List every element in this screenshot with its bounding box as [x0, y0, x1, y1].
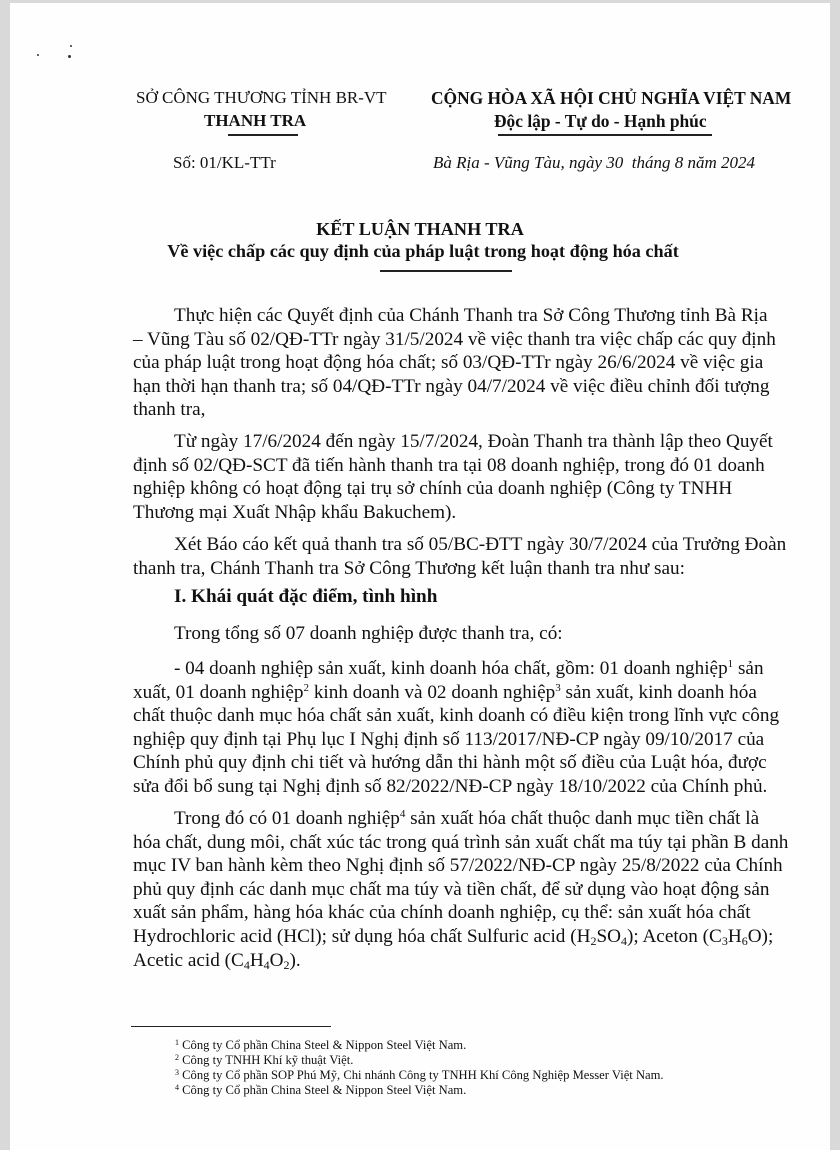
text-run: Trong đó có 01 doanh nghiệp — [174, 808, 400, 829]
paragraph-2: Từ ngày 17/6/2024 đến ngày 15/7/2024, Đo… — [133, 430, 731, 524]
text-line: Thương mại Xuất Nhập khẩu Bakuchem). — [133, 501, 731, 525]
text-line: nghiệp quy định tại Phụ lục I Nghị định … — [133, 728, 731, 752]
text-line: Chính phủ quy định chi tiết và hướng dẫn… — [133, 751, 731, 775]
text-line: xuất sản phẩm, hàng hóa khác của chính d… — [133, 901, 731, 925]
text-run: sản xuất, kinh doanh hóa — [561, 682, 757, 703]
agency-name: THANH TRA — [204, 111, 306, 131]
text-line: định số 02/QĐ-SCT đã tiến hành thanh tra… — [133, 454, 731, 478]
paragraph-4: Trong tổng số 07 doanh nghiệp được thanh… — [174, 623, 563, 645]
text-run: - 04 doanh nghiệp sản xuất, kinh doanh h… — [174, 658, 728, 679]
footnote-1: 1 Công ty Cổ phần China Steel & Nippon S… — [175, 1038, 466, 1053]
footnote-2: 2 Công ty TNHH Khí kỹ thuật Việt. — [175, 1053, 353, 1068]
agency-divider — [228, 134, 298, 136]
title-divider — [380, 270, 512, 272]
text-run: sản xuất hóa chất thuộc danh mục tiền ch… — [405, 808, 759, 829]
text-run: kinh doanh và 02 doanh nghiệp — [309, 682, 555, 703]
paragraph-5: - 04 doanh nghiệp sản xuất, kinh doanh h… — [133, 657, 731, 799]
place-date: Bà Rịa - Vũng Tàu, ngày 30 tháng 8 năm 2… — [433, 153, 755, 173]
text-line: hóa chất, dung môi, chất xúc tác trong q… — [133, 831, 731, 855]
text-line: – Vũng Tàu số 02/QĐ-TTr ngày 31/5/2024 v… — [133, 328, 731, 352]
chemical-line: Hydrochloric acid (HCl); sử dụng hóa chấ… — [133, 925, 731, 949]
scan-speck — [70, 45, 72, 47]
footnote-separator — [131, 1026, 331, 1027]
text-line: chất thuộc danh mục hóa chất sản xuất, k… — [133, 704, 731, 728]
national-motto: Độc lập - Tự do - Hạnh phúc — [494, 111, 707, 132]
text-line: Từ ngày 17/6/2024 đến ngày 15/7/2024, Đo… — [133, 430, 731, 454]
agency-parent: SỞ CÔNG THƯƠNG TỈNH BR-VT — [136, 88, 387, 108]
text-line: phủ quy định các danh mục chất ma túy và… — [133, 878, 731, 902]
footnote-4: 4 Công ty Cổ phần China Steel & Nippon S… — [175, 1083, 466, 1098]
text-line: hạn thời hạn thanh tra; số 04/QĐ-TTr ngà… — [133, 375, 731, 399]
text-run: sản — [733, 658, 763, 679]
footnote-3: 3 Công ty Cổ phần SOP Phú Mỹ, Chi nhánh … — [175, 1068, 664, 1083]
document-title: KẾT LUẬN THANH TRA — [10, 219, 830, 240]
document-number: Số: 01/KL-TTr — [173, 153, 276, 173]
text-line: Xét Báo cáo kết quả thanh tra số 05/BC-Đ… — [133, 533, 731, 557]
text-line: Thực hiện các Quyết định của Chánh Thanh… — [133, 304, 731, 328]
section-heading: I. Khái quát đặc điểm, tình hình — [174, 586, 437, 608]
text-run: xuất, 01 doanh nghiệp — [133, 682, 304, 703]
paragraph-1: Thực hiện các Quyết định của Chánh Thanh… — [133, 304, 731, 422]
chemical-line: Acetic acid (C4H4O2). — [133, 949, 731, 973]
text-line: mục IV ban hành kèm theo Nghị định số 57… — [133, 854, 731, 878]
text-line: thanh tra, — [133, 398, 731, 422]
text-line: nghiệp không có hoạt động tại trụ sở chí… — [133, 477, 731, 501]
text-line: sửa đổi bổ sung tại Nghị định số 82/2022… — [133, 775, 731, 799]
document-page: SỞ CÔNG THƯƠNG TỈNH BR-VT THANH TRA Số: … — [10, 3, 830, 1150]
national-title: CỘNG HÒA XÃ HỘI CHỦ NGHĨA VIỆT NAM — [431, 88, 791, 109]
text-line: thanh tra, Chánh Thanh tra Sở Công Thươn… — [133, 557, 731, 581]
scan-speck — [68, 55, 71, 58]
document-subtitle: Về việc chấp các quy định của pháp luật … — [10, 241, 830, 262]
text-line: của pháp luật trong hoạt động hóa chất; … — [133, 351, 731, 375]
scan-speck — [37, 54, 39, 56]
motto-divider — [498, 134, 712, 136]
paragraph-3: Xét Báo cáo kết quả thanh tra số 05/BC-Đ… — [133, 533, 731, 580]
paragraph-6: Trong đó có 01 doanh nghiệp4 sản xuất hó… — [133, 807, 731, 972]
